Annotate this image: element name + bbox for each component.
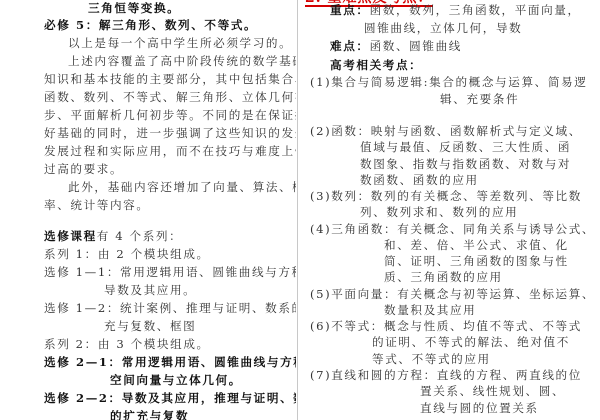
- exam-point-line: 列、数列求和、数列的应用: [360, 204, 518, 220]
- exam-point-line: (1)集合与简易逻辑:集合的概念与运算、简易逻: [310, 74, 587, 90]
- elective-title-bold: 选修课程: [44, 229, 97, 243]
- exam-point-line: (5)平面向量：有关概念与初等运算、坐标运算、: [310, 286, 595, 302]
- exam-point-line: 辑、充要条件: [440, 91, 519, 107]
- paragraph-line: 此外，基础内容还增加了向量、算法、概: [68, 179, 296, 195]
- elective-series-line: 选修 2—1：常用逻辑用语、圆锥曲线与方程、: [44, 354, 296, 370]
- exam-point-line: 等式、不等式的应用: [372, 351, 491, 367]
- elective-series-line: 选修 2—2：导数及其应用，推理与证明、数系: [44, 390, 296, 406]
- exam-points-title: 高考相关考点：: [330, 57, 422, 73]
- difficult-points-label: 难点：: [330, 39, 370, 53]
- elective-series-line: 选修 1—1：常用逻辑用语、圆锥曲线与方程、: [44, 264, 296, 280]
- elective-series-line: 空间向量与立体几何。: [110, 372, 242, 388]
- exam-point-line: (3)数列：数列的有关概念、等差数列、等比数: [310, 188, 582, 204]
- right-page-column: 2. 重难点及考点： 重点：函数，数列，三角函数，平面向量， 圆锥曲线，立体几何…: [300, 0, 600, 420]
- elective-courses-heading: 选修课程有 4 个系列：: [44, 228, 182, 244]
- exam-point-line: (2)函数：映射与函数、函数解析式与定义域、: [310, 123, 582, 139]
- exam-point-line: 数函数、函数的应用: [360, 172, 479, 188]
- exam-point-line: 数图象、指数与指数函数、对数与对: [360, 156, 571, 172]
- difficult-points-text: 函数、圆锥曲线: [370, 39, 462, 53]
- paragraph-line: 好基础的同时，进一步强调了这些知识的发生、: [44, 125, 296, 141]
- exam-point-line: 值域与最值、反函数、三大性质、函: [360, 139, 571, 155]
- exam-point-line: 置关系、线性规划、圆、: [420, 383, 565, 399]
- left-page-column: 三角恒等变换。必修 5：解三角形、数列、不等式。以上是每一个高中学生所必须学习的…: [0, 0, 296, 420]
- exam-point-line: (7)直线和圆的方程：直线的方程、两直线的位: [310, 367, 582, 383]
- exam-point-line: 简、证明、三角函数的图象与性: [384, 253, 569, 269]
- elective-title-rest: 有 4 个系列：: [97, 229, 183, 243]
- elective-series-line: 充与复数、框图: [104, 318, 196, 334]
- exam-point-line: 质、三角函数的应用: [384, 269, 503, 285]
- exam-point-line: 和、差、倍、半公式、求值、化: [384, 237, 569, 253]
- exam-point-line: (4)三角函数：有关概念、同角关系与诱导公式、: [310, 221, 595, 237]
- paragraph-line: 必修 5：解三角形、数列、不等式。: [44, 17, 257, 33]
- paragraph-line: 上述内容覆盖了高中阶段传统的数学基础: [68, 53, 296, 69]
- key-points-label: 重点：: [330, 3, 370, 17]
- paragraph-line: 函数、数列、不等式、解三角形、立体几何初: [44, 89, 296, 105]
- key-points-text-cont: 圆锥曲线，立体几何，导数: [364, 20, 522, 36]
- key-points-text: 函数，数列，三角函数，平面向量，: [370, 3, 581, 17]
- paragraph-line: 过高的要求。: [44, 161, 123, 177]
- elective-series-line: 的扩充与复数: [110, 408, 189, 420]
- difficult-points-row: 难点：函数、圆锥曲线: [330, 38, 462, 54]
- paragraph-line: 发展过程和实际应用，而不在技巧与难度上做: [44, 143, 296, 159]
- exam-point-line: 直线与圆的位置关系: [420, 400, 539, 416]
- paragraph-line: 以上是每一个高中学生所必须学习的。: [68, 35, 292, 51]
- paragraph-line: 率、统计等内容。: [44, 197, 150, 213]
- paragraph-line: 步、平面解析几何初步等。不同的是在保证打: [44, 107, 296, 123]
- paragraph-line: 三角恒等变换。: [88, 0, 180, 16]
- key-points-row: 重点：函数，数列，三角函数，平面向量，: [330, 2, 581, 18]
- exam-point-line: (6)不等式：概念与性质、均值不等式、不等式: [310, 318, 582, 334]
- elective-series-line: 导数及其应用。: [104, 282, 196, 298]
- elective-series-line: 选修 1—2：统计案例、推理与证明、数系的扩: [44, 300, 296, 316]
- elective-series-line: 系列 1：由 2 个模块组成。: [44, 246, 210, 262]
- exam-point-line: 的证明、不等式的解法、绝对值不: [372, 334, 570, 350]
- elective-series-line: 系列 2：由 3 个模块组成。: [44, 336, 210, 352]
- page-divider: [297, 0, 298, 420]
- exam-point-line: 数量积及其应用: [384, 302, 476, 318]
- paragraph-line: 知识和基本技能的主要部分，其中包括集合、: [44, 71, 296, 87]
